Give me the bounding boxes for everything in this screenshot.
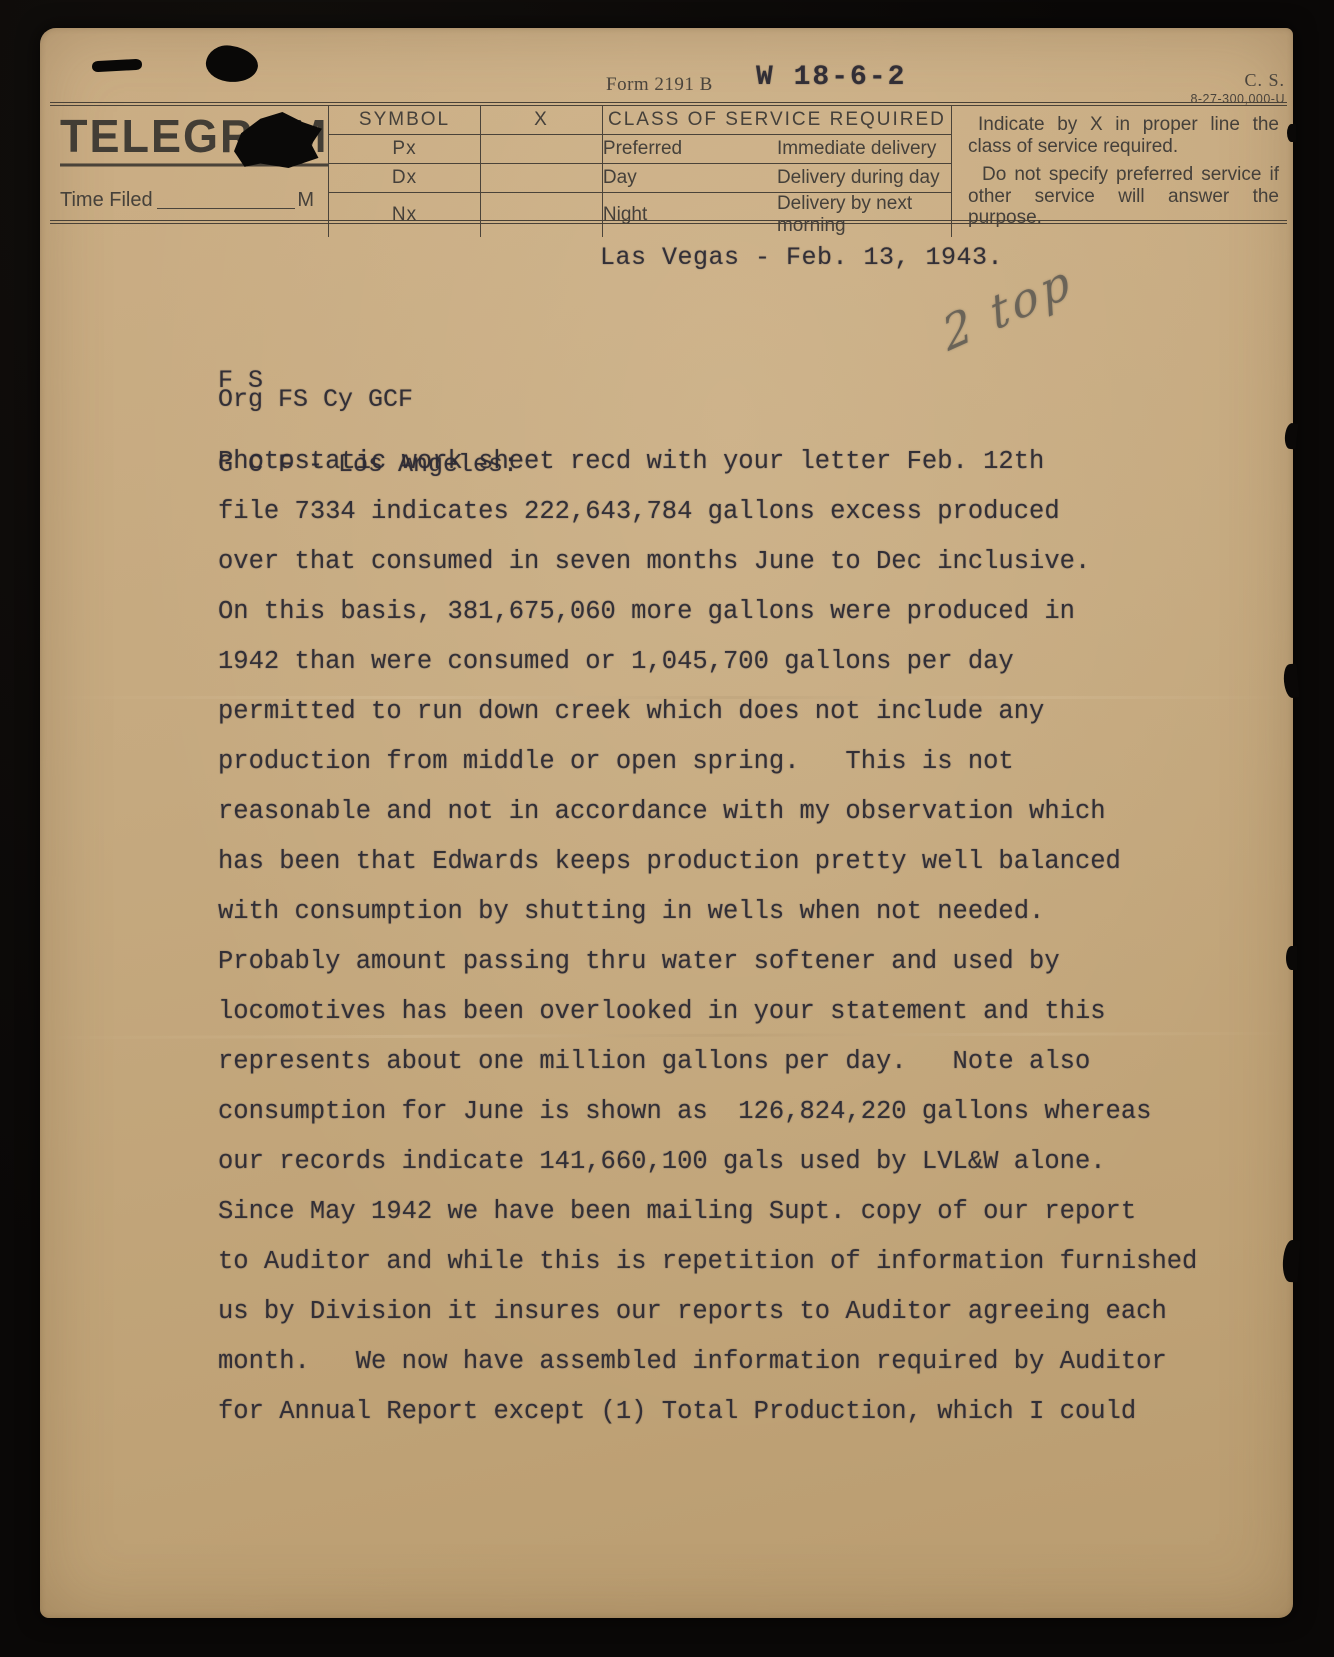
delivery-preferred: Immediate delivery bbox=[777, 135, 952, 164]
table-row: Px Preferred Immediate delivery bbox=[329, 135, 952, 164]
punch-hole bbox=[204, 43, 261, 86]
body-line: locomotives has been overlooked in your … bbox=[218, 987, 1197, 1037]
body-line: file 7334 indicates 222,643,784 gallons … bbox=[218, 487, 1197, 537]
telegram-reference-number: W 18-6-2 bbox=[756, 62, 906, 93]
delivery-day: Delivery during day bbox=[777, 164, 952, 193]
x-cell-dx bbox=[480, 164, 602, 193]
class-of-service-table: SYMBOL X CLASS OF SERVICE REQUIRED Px Pr… bbox=[328, 106, 952, 237]
routing-line: Org FS Cy GCF bbox=[218, 386, 413, 414]
time-filed-label: Time Filed bbox=[60, 189, 153, 212]
class-header: CLASS OF SERVICE REQUIRED bbox=[602, 106, 951, 135]
body-line: us by Division it insures our reports to… bbox=[218, 1287, 1197, 1337]
torn-edge-nick bbox=[1282, 1239, 1301, 1282]
torn-edge-nick bbox=[1284, 422, 1299, 449]
body-line: our records indicate 141,660,100 gals us… bbox=[218, 1137, 1197, 1187]
body-line: 1942 than were consumed or 1,045,700 gal… bbox=[218, 637, 1197, 687]
body-line: represents about one million gallons per… bbox=[218, 1037, 1197, 1087]
body-line: Photostatic work sheet recd with your le… bbox=[218, 437, 1197, 487]
x-column-header: X bbox=[480, 106, 602, 135]
body-line: production from middle or open spring. T… bbox=[218, 737, 1197, 787]
body-line: with consumption by shutting in wells wh… bbox=[218, 887, 1197, 937]
punch-hole bbox=[92, 59, 143, 73]
body-line: month. We now have assembled information… bbox=[218, 1337, 1197, 1387]
torn-edge-nick bbox=[1287, 124, 1296, 142]
body-line: On this basis, 381,675,060 more gallons … bbox=[218, 587, 1197, 637]
body-line: has been that Edwards keeps production p… bbox=[218, 837, 1197, 887]
table-row: Nx Night Delivery by next morning bbox=[329, 193, 952, 238]
body-line: to Auditor and while this is repetition … bbox=[218, 1237, 1197, 1287]
symbol-nx: Nx bbox=[329, 193, 481, 238]
torn-edge-nick bbox=[1286, 946, 1297, 970]
body-line: permitted to run down creek which does n… bbox=[218, 687, 1197, 737]
x-cell-nx bbox=[480, 193, 602, 238]
meridiem-label: M bbox=[297, 189, 314, 212]
table-row: Dx Day Delivery during day bbox=[329, 164, 952, 193]
form-header: TELEGRAM Time Filed M SYMBOL X CLASS OF … bbox=[50, 102, 1287, 224]
class-night: Night bbox=[602, 193, 777, 238]
photo-background: Form 2191 B W 18-6-2 C. S. 8-27-300,000-… bbox=[0, 0, 1334, 1657]
body-line: Since May 1942 we have been mailing Supt… bbox=[218, 1187, 1197, 1237]
time-filed-blank-line bbox=[157, 194, 296, 209]
table-header-row: SYMBOL X CLASS OF SERVICE REQUIRED bbox=[329, 106, 952, 135]
x-cell-px bbox=[480, 135, 602, 164]
torn-edge-nick bbox=[1283, 663, 1300, 698]
symbol-header: SYMBOL bbox=[329, 106, 481, 135]
instruction-paragraph: Indicate by X in proper line the class o… bbox=[968, 114, 1279, 157]
instruction-paragraph: Do not specify preferred service if othe… bbox=[968, 164, 1279, 229]
dateline: Las Vegas - Feb. 13, 1943. bbox=[600, 243, 1003, 272]
print-code-block: C. S. 8-27-300,000-U bbox=[1103, 70, 1285, 106]
class-day: Day bbox=[602, 164, 777, 193]
body-line: consumption for June is shown as 126,824… bbox=[218, 1087, 1197, 1137]
delivery-night: Delivery by next morning bbox=[777, 193, 952, 238]
class-preferred: Preferred bbox=[602, 135, 777, 164]
symbol-px: Px bbox=[329, 135, 481, 164]
telegram-sheet: Form 2191 B W 18-6-2 C. S. 8-27-300,000-… bbox=[40, 28, 1293, 1618]
masthead-column: TELEGRAM Time Filed M bbox=[50, 106, 328, 220]
message-body: Photostatic work sheet recd with your le… bbox=[218, 437, 1197, 1437]
body-line: over that consumed in seven months June … bbox=[218, 537, 1197, 587]
body-line: Probably amount passing thru water softe… bbox=[218, 937, 1197, 987]
body-line: for Annual Report except (1) Total Produ… bbox=[218, 1387, 1197, 1437]
symbol-dx: Dx bbox=[329, 164, 481, 193]
service-instructions: Indicate by X in proper line the class o… bbox=[952, 106, 1287, 220]
cs-label: C. S. bbox=[1103, 70, 1285, 91]
form-number: Form 2191 B bbox=[606, 74, 713, 96]
body-line: reasonable and not in accordance with my… bbox=[218, 787, 1197, 837]
time-filed-row: Time Filed M bbox=[60, 189, 314, 212]
